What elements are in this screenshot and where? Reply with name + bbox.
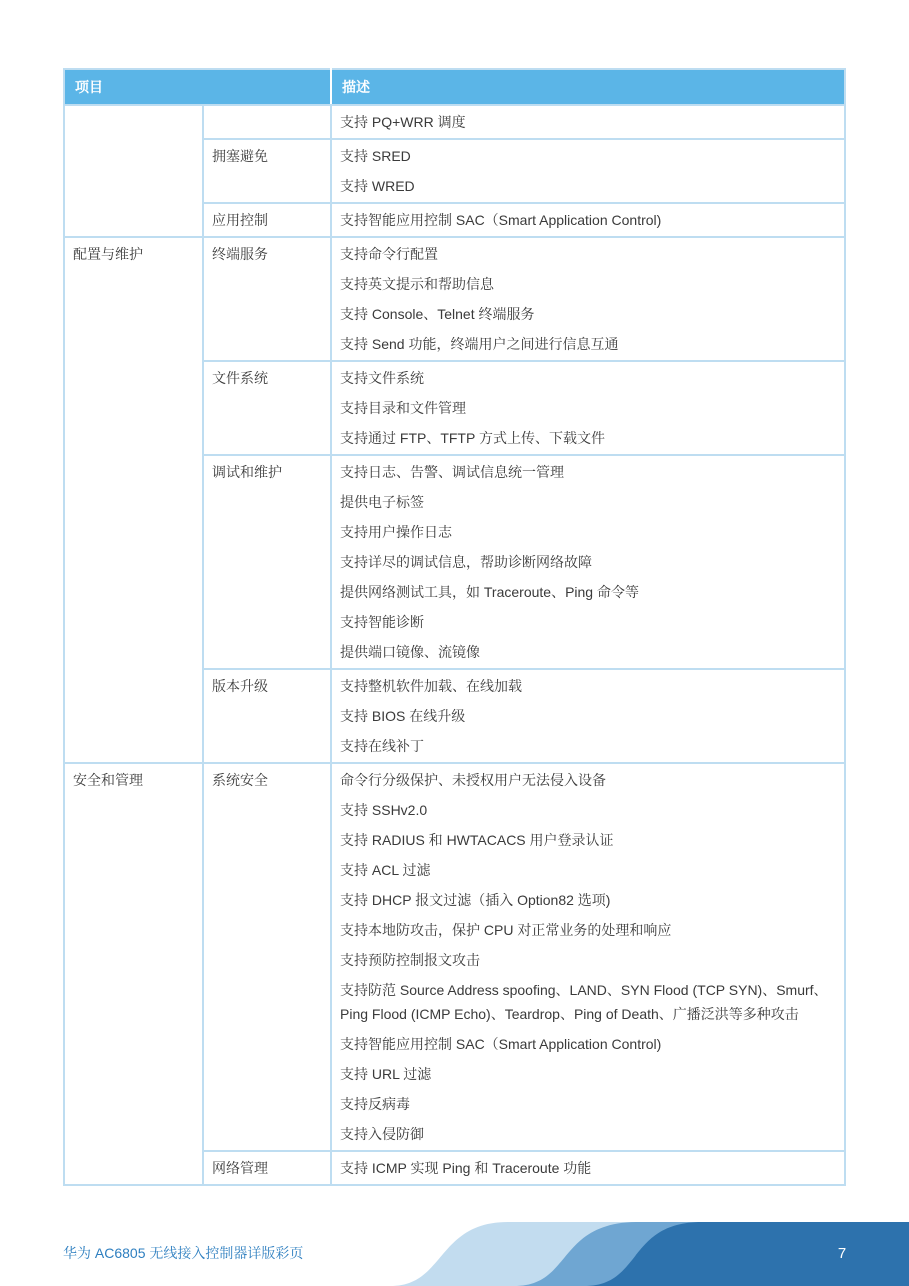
description-item: 支持整机软件加载、在线加载 (340, 674, 836, 698)
description-item: 提供端口镜像、流镜像 (340, 640, 836, 664)
description-cell: 支持 PQ+WRR 调度 (331, 105, 845, 139)
feature-cell (203, 105, 331, 139)
feature-cell: 网络管理 (203, 1151, 331, 1185)
description-item: 提供电子标签 (340, 490, 836, 514)
description-item: 支持目录和文件管理 (340, 396, 836, 420)
column-header-item: 项目 (64, 69, 331, 105)
description-item: 支持防范 Source Address spoofing、LAND、SYN Fl… (340, 978, 836, 1026)
description-item: 支持 SSHv2.0 (340, 798, 836, 822)
description-item: 命令行分级保护、未授权用户无法侵入设备 (340, 768, 836, 792)
description-item: 支持预防控制报文攻击 (340, 948, 836, 972)
feature-cell: 文件系统 (203, 361, 331, 455)
feature-cell: 系统安全 (203, 763, 331, 1151)
description-cell: 支持日志、告警、调试信息统一管理提供电子标签支持用户操作日志支持详尽的调试信息，… (331, 455, 845, 669)
description-item: 支持 URL 过滤 (340, 1062, 836, 1086)
description-item: 支持用户操作日志 (340, 520, 836, 544)
description-item: 支持 ACL 过滤 (340, 858, 836, 882)
description-item: 支持反病毒 (340, 1092, 836, 1116)
description-item: 提供网络测试工具，如 Traceroute、Ping 命令等 (340, 580, 836, 604)
description-item: 支持 DHCP 报文过滤（插入 Option82 选项) (340, 888, 836, 912)
description-item: 支持日志、告警、调试信息统一管理 (340, 460, 836, 484)
feature-cell: 调试和维护 (203, 455, 331, 669)
description-item: 支持 ICMP 实现 Ping 和 Traceroute 功能 (340, 1156, 836, 1180)
description-item: 支持智能应用控制 SAC（Smart Application Control) (340, 1032, 836, 1056)
description-item: 支持本地防攻击，保护 CPU 对正常业务的处理和响应 (340, 918, 836, 942)
description-cell: 支持 ICMP 实现 Ping 和 Traceroute 功能 (331, 1151, 845, 1185)
category-cell (64, 105, 203, 237)
table-row: 配置与维护终端服务支持命令行配置支持英文提示和帮助信息支持 Console、Te… (64, 237, 845, 361)
category-cell: 安全和管理 (64, 763, 203, 1185)
table-header-row: 项目 描述 (64, 69, 845, 105)
description-item: 支持命令行配置 (340, 242, 836, 266)
description-item: 支持通过 FTP、TFTP 方式上传、下载文件 (340, 426, 836, 450)
description-cell: 支持智能应用控制 SAC（Smart Application Control) (331, 203, 845, 237)
spec-table: 项目 描述 支持 PQ+WRR 调度拥塞避免支持 SRED支持 WRED应用控制… (63, 68, 846, 1186)
spec-table-body: 支持 PQ+WRR 调度拥塞避免支持 SRED支持 WRED应用控制支持智能应用… (64, 105, 845, 1185)
description-item: 支持 Console、Telnet 终端服务 (340, 302, 836, 326)
column-header-description: 描述 (331, 69, 845, 105)
description-item: 支持智能应用控制 SAC（Smart Application Control) (340, 208, 836, 232)
table-row: 支持 PQ+WRR 调度 (64, 105, 845, 139)
feature-cell: 版本升级 (203, 669, 331, 763)
page-number: 7 (830, 1245, 854, 1262)
feature-cell: 拥塞避免 (203, 139, 331, 203)
footer-doc-title: 华为 AC6805 无线接入控制器详版彩页 (63, 1243, 303, 1263)
description-item: 支持英文提示和帮助信息 (340, 272, 836, 296)
description-cell: 支持命令行配置支持英文提示和帮助信息支持 Console、Telnet 终端服务… (331, 237, 845, 361)
description-item: 支持在线补丁 (340, 734, 836, 758)
description-item: 支持智能诊断 (340, 610, 836, 634)
description-item: 支持 WRED (340, 174, 836, 198)
description-item: 支持详尽的调试信息，帮助诊断网络故障 (340, 550, 836, 574)
description-cell: 支持文件系统支持目录和文件管理支持通过 FTP、TFTP 方式上传、下载文件 (331, 361, 845, 455)
feature-cell: 应用控制 (203, 203, 331, 237)
feature-cell: 终端服务 (203, 237, 331, 361)
description-item: 支持 Send 功能，终端用户之间进行信息互通 (340, 332, 836, 356)
category-cell: 配置与维护 (64, 237, 203, 763)
description-cell: 支持 SRED支持 WRED (331, 139, 845, 203)
description-item: 支持入侵防御 (340, 1122, 836, 1146)
description-item: 支持 RADIUS 和 HWTACACS 用户登录认证 (340, 828, 836, 852)
description-cell: 命令行分级保护、未授权用户无法侵入设备支持 SSHv2.0支持 RADIUS 和… (331, 763, 845, 1151)
description-item: 支持文件系统 (340, 366, 836, 390)
table-row: 安全和管理系统安全命令行分级保护、未授权用户无法侵入设备支持 SSHv2.0支持… (64, 763, 845, 1151)
description-item: 支持 BIOS 在线升级 (340, 704, 836, 728)
description-item: 支持 PQ+WRR 调度 (340, 110, 836, 134)
document-page: 项目 描述 支持 PQ+WRR 调度拥塞避免支持 SRED支持 WRED应用控制… (0, 0, 909, 1286)
description-item: 支持 SRED (340, 144, 836, 168)
description-cell: 支持整机软件加载、在线加载支持 BIOS 在线升级支持在线补丁 (331, 669, 845, 763)
